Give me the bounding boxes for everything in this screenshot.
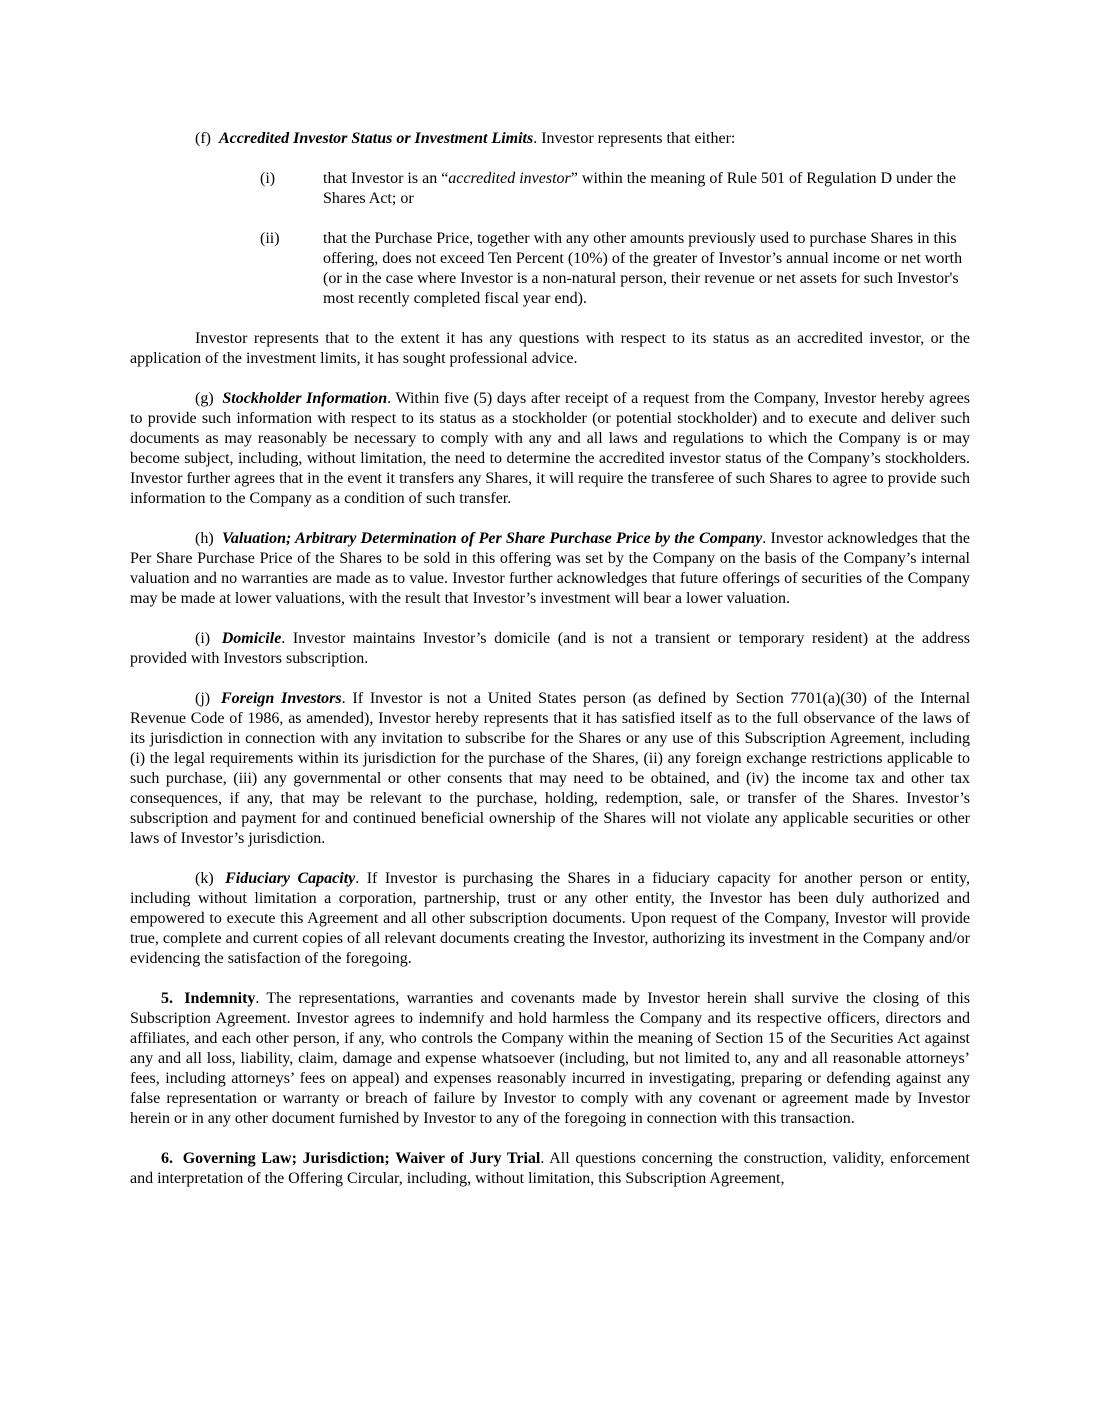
paragraph-i-heading: Domicile xyxy=(222,630,282,647)
paragraph-f-heading: Accredited Investor Status or Investment… xyxy=(219,130,533,147)
paragraph-k-label: (k) xyxy=(195,870,214,887)
paragraph-j-heading: Foreign Investors xyxy=(221,690,342,707)
section-5-number: 5. xyxy=(161,990,173,1007)
paragraph-f: (f) Accredited Investor Status or Invest… xyxy=(130,129,970,149)
section-5-heading: Indemnity xyxy=(184,990,255,1007)
paragraph-h: (h) Valuation; Arbitrary Determination o… xyxy=(130,529,970,609)
paragraph-g-text: . Within five (5) days after receipt of … xyxy=(130,390,970,507)
list-item-i-text-emphasis: accredited investor xyxy=(448,170,570,187)
paragraph-h-label: (h) xyxy=(195,530,214,547)
section-6-heading: Governing Law; Jurisdiction; Waiver of J… xyxy=(183,1150,541,1167)
paragraph-advice-text: Investor represents that to the extent i… xyxy=(130,330,970,367)
paragraph-i: (i) Domicile. Investor maintains Investo… xyxy=(130,629,970,669)
paragraph-h-heading: Valuation; Arbitrary Determination of Pe… xyxy=(222,530,762,547)
paragraph-g: (g) Stockholder Information. Within five… xyxy=(130,389,970,509)
list-item-i: (i) that Investor is an “accredited inve… xyxy=(130,169,970,209)
list-item-ii: (ii) that the Purchase Price, together w… xyxy=(130,229,970,309)
paragraph-g-label: (g) xyxy=(195,390,214,407)
section-6-number: 6. xyxy=(161,1150,173,1167)
paragraph-k: (k) Fiduciary Capacity. If Investor is p… xyxy=(130,869,970,969)
section-5: 5. Indemnity. The representations, warra… xyxy=(130,989,970,1129)
paragraph-g-heading: Stockholder Information xyxy=(222,390,387,407)
paragraph-j-text: . If Investor is not a United States per… xyxy=(130,690,970,847)
list-item-i-text: that Investor is an “accredited investor… xyxy=(323,169,963,209)
list-item-i-marker: (i) xyxy=(260,169,323,209)
list-item-ii-text: that the Purchase Price, together with a… xyxy=(323,229,963,309)
section-5-text: . The representations, warranties and co… xyxy=(130,990,970,1127)
paragraph-j-label: (j) xyxy=(195,690,210,707)
list-item-ii-marker: (ii) xyxy=(260,229,323,309)
paragraph-f-text: . Investor represents that either: xyxy=(533,130,735,147)
section-6: 6. Governing Law; Jurisdiction; Waiver o… xyxy=(130,1149,970,1189)
paragraph-j: (j) Foreign Investors. If Investor is no… xyxy=(130,689,970,849)
paragraph-f-label: (f) xyxy=(195,130,211,147)
document-page: (f) Accredited Investor Status or Invest… xyxy=(0,0,1100,1424)
list-item-i-text-pre: that Investor is an “ xyxy=(323,170,448,187)
paragraph-i-label: (i) xyxy=(195,630,210,647)
paragraph-k-heading: Fiduciary Capacity xyxy=(225,870,355,887)
paragraph-advice: Investor represents that to the extent i… xyxy=(130,329,970,369)
